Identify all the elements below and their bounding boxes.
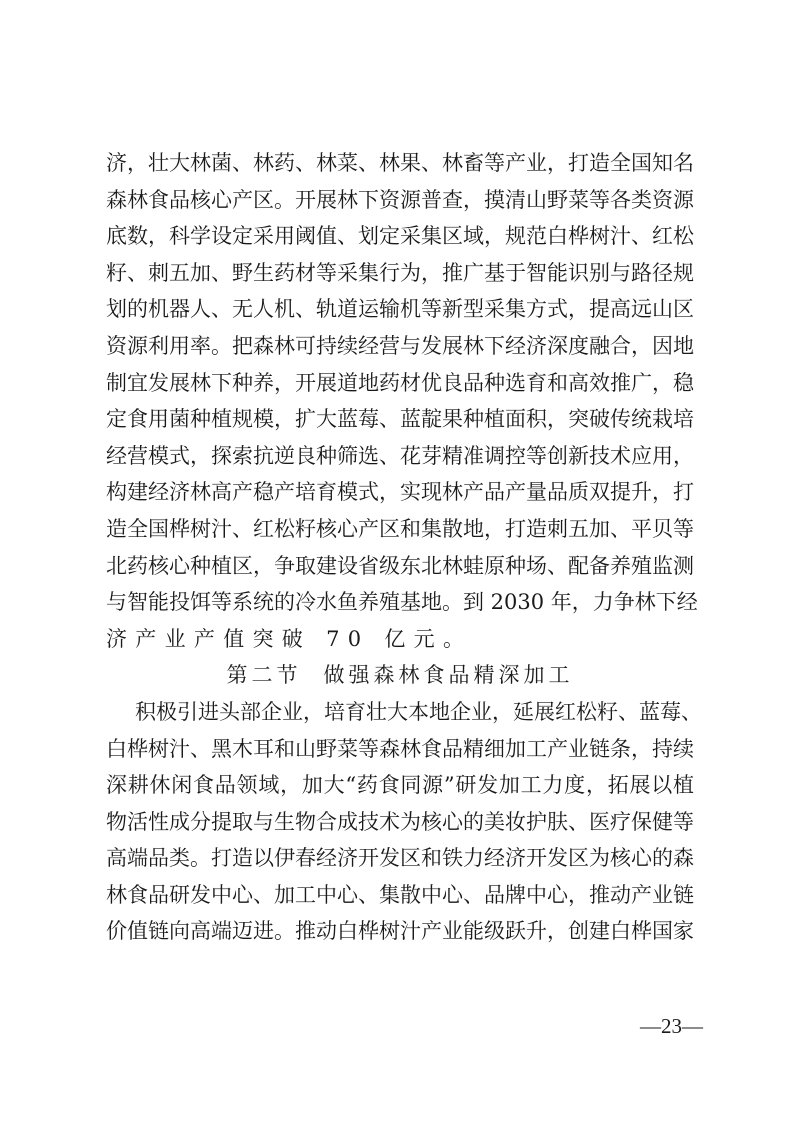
text-line: 定食用菌种植规模，扩大蓝莓、蓝靛果种植面积，突破传统栽培 [106,401,694,438]
text-line: 资源利用率。把森林可持续经营与发展林下经济深度融合，因地 [106,328,694,365]
text-line: 经营模式，探索抗逆良种筛选、花芽精准调控等创新技术应用， [106,438,694,475]
text-line: 森林食品核心产区。开展林下资源普查，摸清山野菜等各类资源 [106,182,694,219]
text-line: 北药核心种植区，争取建设省级东北林蛙原种场、配备养殖监测 [106,548,694,585]
page-number: —23— [640,1014,703,1039]
text-line: 构建经济林高产稳产培育模式，实现林产品产量品质双提升，打 [106,474,694,511]
text-line: 高端品类。打造以伊春经济开发区和铁力经济开发区为核心的森 [106,840,694,877]
section-number: 第二节 [227,663,302,687]
text-line: 制宜发展林下种养，开展道地药材优良品种选育和高效推广，稳 [106,365,694,402]
text-line: 济产业产值突破 70 亿元。 [106,621,694,658]
section-heading: 第二节做强森林食品精深加工 [106,657,694,694]
text-line: 造全国桦树汁、红松籽核心产区和集散地，打造刺五加、平贝等 [106,511,694,548]
text-line: 积极引进头部企业，培育壮大本地企业，延展红松籽、蓝莓、 [106,694,694,731]
text-line: 白桦树汁、黑木耳和山野菜等森林食品精细加工产业链条，持续 [106,731,694,768]
text-line: 籽、刺五加、野生药材等采集行为，推广基于智能识别与路径规 [106,255,694,292]
body-text: 济，壮大林菌、林药、林菜、林果、林畜等产业，打造全国知名 森林食品核心产区。开展… [106,145,694,950]
document-page: 济，壮大林菌、林药、林菜、林果、林畜等产业，打造全国知名 森林食品核心产区。开展… [0,0,793,1122]
text-line: 物活性成分提取与生物合成技术为核心的美妆护肤、医疗保健等 [106,804,694,841]
text-line: 深耕休闲食品领域，加大“药食同源”研发加工力度，拓展以植 [106,767,694,804]
section-title: 做强森林食品精深加工 [324,663,574,687]
text-line: 价值链向高端迈进。推动白桦树汁产业能级跃升，创建白桦国家 [106,913,694,950]
text-line: 底数，科学设定采用阈值、划定采集区域，规范白桦树汁、红松 [106,218,694,255]
text-line: 济，壮大林菌、林药、林菜、林果、林畜等产业，打造全国知名 [106,145,694,182]
text-line: 与智能投饵等系统的冷水鱼养殖基地。到 2030 年，力争林下经 [106,584,694,621]
text-line: 划的机器人、无人机、轨道运输机等新型采集方式，提高远山区 [106,291,694,328]
text-line: 林食品研发中心、加工中心、集散中心、品牌中心，推动产业链 [106,877,694,914]
